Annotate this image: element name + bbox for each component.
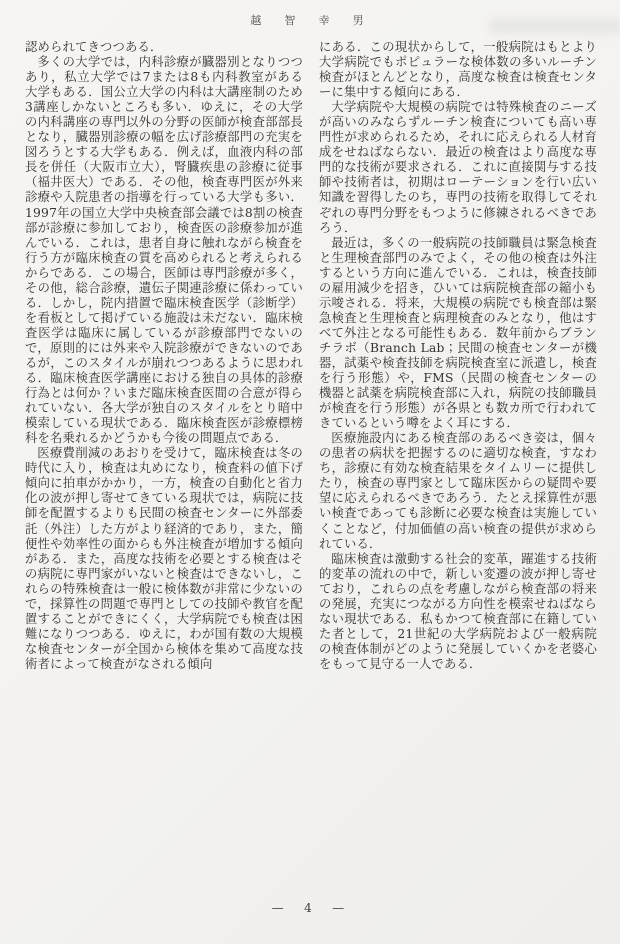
document-page: 越 智 幸 男 認められてきつつある． 多くの大学では，内科診療が臓器別となりつ…	[0, 0, 620, 944]
paragraph: 医療費削減のあおりを受けて，臨床検査は冬の時代に入り，検査は丸めになり，検査料の…	[25, 446, 303, 672]
right-column: にある．この現状からして，一般病院はもとより大学病院でもポピュラーな検体数の多い…	[319, 40, 597, 672]
paragraph: 最近は，多くの一般病院の技師職員は緊急検査と生理検査部門のみでよく，その他の検査…	[319, 236, 597, 432]
paragraph-continuation: 認められてきつつある．	[25, 40, 303, 55]
running-head-author: 越 智 幸 男	[0, 12, 620, 28]
page-number: — 4 —	[0, 899, 620, 916]
paragraph-continuation: にある．この現状からして，一般病院はもとより大学病院でもポピュラーな検体数の多い…	[319, 40, 597, 100]
left-column: 認められてきつつある． 多くの大学では，内科診療が臓器別となりつつあり，私立大学…	[25, 40, 303, 672]
text-columns: 認められてきつつある． 多くの大学では，内科診療が臓器別となりつつあり，私立大学…	[25, 40, 597, 672]
paragraph: 臨床検査は激動する社会的変革，躍進する技術的変革の流れの中で，新しい変遷の波が押…	[319, 552, 597, 672]
paragraph: 多くの大学では，内科診療が臓器別となりつつあり，私立大学では7または8も内科教室…	[25, 55, 303, 446]
paragraph: 大学病院や大規模の病院では特殊検査のニーズが高いのみならずルーチン検査についても…	[319, 100, 597, 235]
paragraph: 医療施設内にある検査部のあるべき姿は，個々の患者の病状を把握するのに適切な検査，…	[319, 431, 597, 551]
